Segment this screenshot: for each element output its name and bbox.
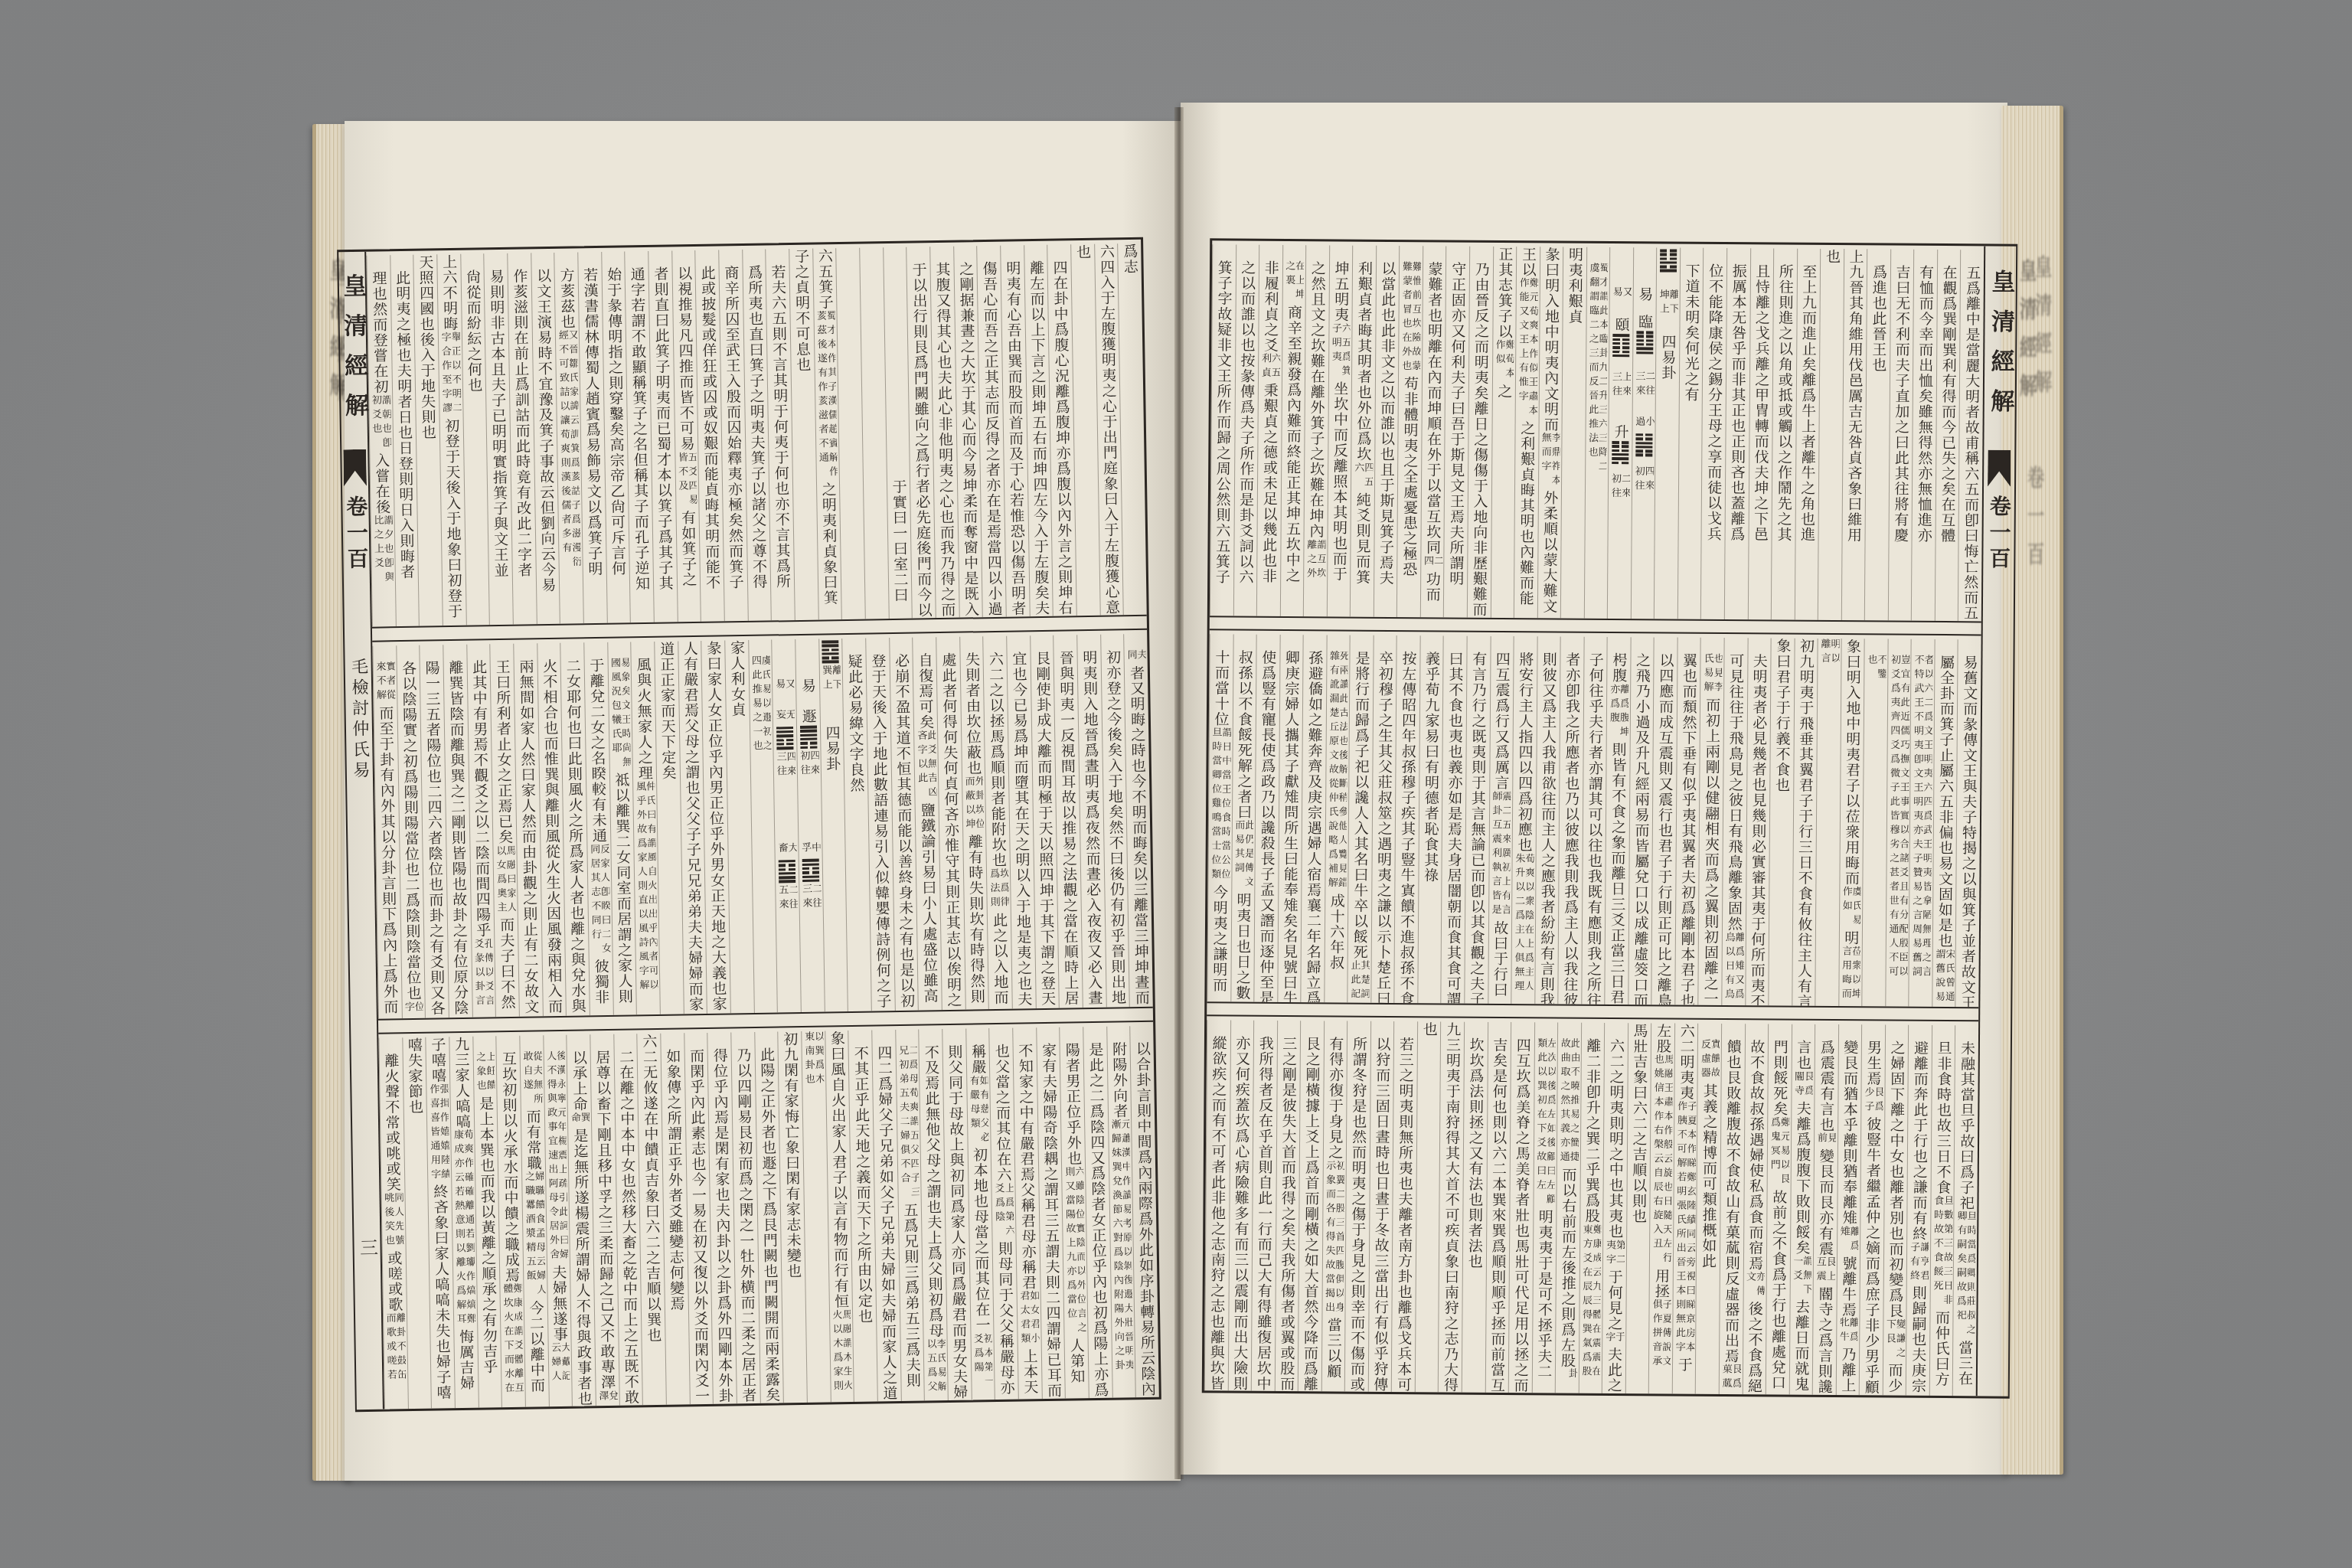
indent-space [1598,247,1599,263]
annotation-note: 六五利貞 [1260,353,1280,383]
annotation-note: 鄭康成云九三體在震震在東方爻在辰辰得巽氣爲股 [1580,1223,1601,1381]
indent-space [1455,636,1455,652]
annotation-note: 宋氏曾通謂舊說易 [1934,949,1955,1007]
indent-space [554,1035,555,1050]
yin-line [1636,343,1653,346]
indent-space [1665,638,1666,653]
annotation-note: 鄭康成謂爻體離互體坎火在下而水在 [501,1283,523,1398]
indent-space [1715,248,1716,263]
indent-space [1221,634,1222,649]
main-text: 而閑乎內此素志也今一易在初又復以外爻而閑內爻一 [688,1048,709,1404]
fishtail-mark-icon [343,449,367,486]
main-text: 則皆有不食之象而離日三爻正當三日君 [1609,742,1625,1005]
spacer [808,780,810,842]
indent-space [1142,1026,1142,1041]
spacer [1668,274,1668,289]
main-text: 之婦固下離之中女也離者別也而初變爲艮 [1887,1040,1905,1319]
main-text: 遯 [800,709,815,725]
main-text: 秉艱貞之德或未足以幾此也非 [1261,383,1278,584]
text-column: 象曰君子于行義不食也 [1768,638,1794,1005]
main-text: 是迄無所遂楊震所謂婦人不得與政事者也 [572,1128,592,1406]
text-column: 五爲離中是當麗大明者故甫稱六五而卽曰悔亡然而五 [1958,250,1984,621]
main-text: 是此之二爲陰四又爲陰者女正位乎內也初爲陽上亦爲 [1087,1042,1108,1398]
annotation-note: 莅衆以坤言用晦而 [1841,946,1861,1004]
annotation-note: 謂互坎離之外 [1305,539,1325,583]
main-text: 義乎荀九家易曰有明德者恥食其祿 [1423,651,1439,883]
indent-space [719,1033,720,1048]
spacer [784,694,785,709]
main-text: 彖曰家人女正位乎內男正位乎外男女正天地之大義也家 [705,641,727,1012]
indent-space [906,1030,907,1045]
annotation-note: 六五爲箕子明夷 [1330,322,1351,381]
main-text: 不知家之中有嚴君焉父稱君母亦稱君 [1017,1043,1036,1290]
annotation-note: 子夏傳說文俱作拼音承 [1651,1299,1671,1372]
main-text: 夫婦無遂事 [550,1265,567,1342]
main-text: 而以右前而左後推之則爲左股 [1560,1167,1576,1368]
indent-space [900,638,901,653]
hexagram-icon [776,727,793,750]
text-column: 若三之明夷則無所夷也夫離者南方卦也離爲戈兵本可 [1391,1021,1417,1392]
main-text: 稱嚴 [970,1044,986,1075]
main-text: 離二非卽升之巽二乎巽爲股 [1584,1038,1601,1224]
main-text: 此陽之正外者也遯之下爲艮門闕也門闕開而兩柔露矣 [759,1047,779,1403]
main-text: 而初上兩剛以健翮相夾而爲之翼則初固離之一 [1702,697,1720,1005]
main-text: 男生焉 [1866,1040,1881,1087]
main-text: 明夷則入地晉爲晝明夷爲夜然而晝必入夜夜又必入晝 [1081,650,1102,1006]
indent-space [854,639,854,654]
indent-space [1361,635,1362,651]
main-text: 可見往往于飛鳥見之彼日有飛鳥離象固然 [1726,653,1744,932]
yang-line [800,726,817,729]
main-text: 象曰君子于行義不食也 [1774,639,1790,793]
indent-space [742,1032,743,1047]
main-text: 離火聲不常或咷或笑 [383,1053,400,1192]
text-column: 也見李氏易解而初上兩剛以健翮相夾而爲之翼則初固離之一 [1698,638,1724,1005]
main-text: 坤五明夷 [1333,261,1349,323]
main-text: 而仲氏曰方 [1933,1310,1949,1387]
text-column: 曰其不食也夷也義亦如是焉夫身居闇朝而食其食可謂 [1441,635,1467,1003]
main-text: 叔孫以不食餒死解之者曰 [1236,650,1253,820]
text-column: 屬全卦而箕子止屬六五非偏也易文固如是也宋氏曾通謂舊說易 [1932,639,1958,1007]
main-text: 屬全卦而箕子止屬六五非偏也易文固如是也 [1936,655,1954,949]
yang-line [776,734,793,737]
yang-line [1635,442,1652,445]
spacer [786,781,787,843]
main-text: 以視推易凡四推而皆不可易 [676,266,694,452]
main-text: 箕子字故疑非文王所作而歸之周公然則六五箕子 [1214,260,1232,585]
indent-space [1406,1021,1406,1037]
main-text: 于實曰一曰室二曰 [890,479,908,603]
text-column: 死兩讀此古法也後解斷稍參他人覽見錯雜有訛漏楚丘原文故從仲氏說略爲補解成十六年叔 [1324,635,1350,1002]
annotation-note: 无妄 [775,709,795,725]
annotation-note: 婦職饋食孟母云婦人之職羃酒漿精五飯 [524,1171,546,1300]
main-text: 所謂冬狩是也然而明夷之傷于身見之則幸而不傷而或 [1349,1037,1367,1392]
text-column: 夫同者又明晦之時也今不明而晦矣以三離當三坤坤晝而 [1123,634,1152,1007]
annotation-note: 鄭荀本作似 [1494,339,1514,384]
main-text: 登于天後入于地此數語連易引入似韓嬰傳詩例何之子 [870,653,890,1009]
main-text: 孫避僑如之難奔齊及庚宗遇婦人宿焉襄二年名歸立爲 [1305,650,1322,1002]
main-text: 易則明非古本且夫子已明明實指箕子與文王並 [488,269,508,578]
text-column: 者亦卽我之所應者也乃以彼應我則我爲主人以我往彼 [1557,637,1583,1004]
yang-line [779,880,795,884]
indent-space [1364,246,1365,261]
main-text: 爲志 [1122,243,1138,275]
yang-line [1660,261,1677,264]
hexagram-icon [1636,331,1653,354]
annotation-note: 蜀才本作其子漢儒趙賓解作荄茲後遂有作荄滋者不通 [815,310,838,482]
main-text: 通字若謂不敢顯稱箕子之名但稱其子而孔子逆知 [629,266,650,591]
main-text: 饋也艮敗離腹故不食故山有菓蓏則反虛器而出焉 [1723,1039,1741,1364]
yang-line [822,652,839,655]
yang-line [800,730,817,733]
indent-space [1736,638,1736,653]
main-text: 陽者男正位乎外也 [1064,1042,1082,1166]
main-text: 鹽鐵論引易曰小人處盛位雖高 [920,802,938,1004]
main-text: 以合卦言則中間爲內兩際爲外此如序卦轉易所云陰內 [1135,1041,1155,1397]
main-text: 而至于卦有內外其以分卦言則下爲內上爲外而 [377,705,397,1014]
main-text: 悔厲吉婦 [458,1329,474,1391]
main-text: 而少 [1886,1363,1902,1394]
main-text: 家有夫婦陽奇陰耦之謂耳三五謂夫則二四謂婦已耳而 [1040,1043,1061,1399]
yin-line [1635,449,1652,452]
text-column: 在觀爲巽剛巽利有得而今已失之矣在互體 [1935,250,1961,621]
main-text: 離巽皆陰而離與巽之二剛則皆陽也故卦之有位原分陰 [447,660,468,1016]
annotation-note: 同人先號咷後笑也 [383,1192,403,1250]
annotation-note: 謂日中當王位食時當公位旦時當卿位雞鳴當士位類 [1210,727,1230,885]
indent-space [518,253,519,269]
main-text: 爲震震有言也 [1818,1040,1834,1132]
main-text: 臨 [1637,314,1652,329]
text-column: 也 [1415,1021,1441,1392]
main-text: 六二无攸遂在中饋貞吉象曰六二之吉順以巽也 [641,1034,661,1343]
main-text: 乃離上 [1840,1347,1855,1394]
text-column: 孫避僑如之難奔齊及庚宗遇婦人宿焉襄二年名歸立爲 [1300,635,1326,1002]
fishtail-mark-icon [1988,449,2011,486]
yang-line [800,738,817,741]
annotation-note: 離下坤上 [1658,289,1678,319]
yin-line [802,871,819,874]
main-text: 當三在 [1957,1340,1972,1387]
indent-space [1218,1020,1219,1035]
annotation-note: 于字 [1604,1331,1624,1347]
indent-space [1024,1027,1025,1043]
annotation-note: 二往三來 [801,884,822,913]
annotation-note: 外卦坎位而蔽以坤 [963,776,984,834]
text-column: 左股馬融王肅本作般云旋也日隨天左行也姚信本作右槃云自辰右旋入丑用拯子夏傳說文俱作… [1648,1023,1674,1393]
text-column: 所往則進之以角或抵或觸以之作鬧先之其 [1771,248,1797,619]
main-text: 嘻失家節也 [407,1037,423,1115]
yin-line [1636,335,1653,338]
annotation-note: 艮上互震 [1815,1256,1835,1286]
indent-space [478,645,479,660]
indent-space [1572,637,1573,652]
hexagram-icon [800,726,817,749]
indent-space [659,251,660,266]
main-text: 也 [1075,244,1090,260]
main-text: 按左傳昭四年叔孫穆子疾其子豎牛寘饋不進叔孫不食 [1398,651,1416,1003]
ghost-title-imprint: 皇清經解 [2029,255,2054,408]
annotation-note: 六雖陰位實陰而以外位言之則又當陽故上九亦爲當位 [1063,1166,1086,1338]
main-text: 升 [1612,424,1628,439]
text-column: 下道未明矣何光之有 [1677,248,1704,619]
annotation-note: 坎爲律爲法則 [988,868,1009,913]
main-text: 縱欲疾之而有不可者此非他之志南狩之志也離與坎皆 [1208,1036,1226,1391]
indent-space [1826,1024,1827,1040]
indent-space [1223,244,1224,260]
indent-space [988,246,989,261]
lower-register: 以合卦言則中間爲內兩際爲外此如序卦轉易所云陰內附陽外向者元蕭漢中作讀易考原以剝復… [378,1021,1159,1410]
annotation-note: 此爻無吉凶吝字以此 [916,730,936,802]
indent-space [918,247,919,262]
upper-register: 爲志六四入于左腹獲明夷之心于出門庭象曰入于左腹獲心意也四在卦中爲腹心況離爲腹坤亦… [366,240,1147,629]
main-text: 祗以離巽二女同室而居謂之家人則 [613,773,632,1004]
indent-space [1920,1025,1921,1040]
yin-line [800,746,817,749]
yang-line [779,860,795,863]
indent-space [1291,635,1292,650]
annotation-note: 二爲母荀爽謂五父四子三兄初弟五夫二婦俱不合 [897,1045,920,1203]
indent-space [1242,1021,1243,1036]
indent-space [401,255,402,270]
text-column: 明以離言 [1815,639,1841,1006]
annotation-note: 離下巽上 [821,665,841,694]
text-column: 之婦固下離之中女也離者別也而初變爲艮變謙之下艮而少 [1883,1025,1909,1396]
text-column: 上九晉其角維用伐邑厲吉无咎貞吝象曰維用 [1841,249,1867,620]
main-text: 夫此之 [1606,1347,1622,1393]
text-column: 三之剛是彼失大首而我得之矣夫我所傷者或翼或股而 [1274,1021,1300,1391]
main-text: 乃由晉反之而明夷矣離日之傷傷于入地向非歷艱難而 [1472,262,1489,618]
indent-space [730,250,730,265]
main-text: 明夷有心吾由巽而股而首而及于心若惟恐以傷吾明者 [1004,261,1025,617]
yang-line [1635,446,1652,449]
annotation-note: 離卦不鼓缶而歌或嗟若 [385,1312,406,1385]
indent-space [501,644,502,659]
main-text: 四互坎爲美脊之馬美脊者壯也馬壯可代足用以拯之而 [1513,1037,1530,1393]
indent-space [1902,250,1903,265]
main-text: 若漢書儒林傳蜀人趙賓爲易飾易文以爲箕子明 [582,267,602,577]
indent-space [1896,1025,1897,1040]
main-text: 上本天 [1022,1349,1038,1396]
main-text: 爲進也此晉王也 [1870,265,1886,374]
annotation-note: 明以離言 [1819,639,1839,668]
text-column: 象曰明入地中明夷君子以莅衆用晦而虞氏易作如明莅衆以坤言用晦而 [1838,639,1864,1006]
main-text: 不及焉此無他父母之謂也夫上爲父則初爲母 [923,1044,943,1338]
main-text: 功而 [1425,571,1440,603]
spacer [1621,247,1622,286]
main-text: 成十六年叔 [1328,893,1344,970]
indent-space [954,1029,955,1044]
indent-space [578,1035,579,1050]
text-column: 卒初穆子之生其父莊叔筮之遇明夷之謙以示卜楚丘曰 [1370,635,1396,1003]
spacer [806,639,808,678]
indent-space [1969,639,1970,655]
main-text: 必崩不盈其道不恒其德而能以善終身未之有也是以初 [893,653,914,1009]
main-text: 者又明晦之時也今不明而晦矣以三離當三坤坤晝而 [1129,665,1149,1006]
main-text: 六五箕子 [817,248,833,310]
indent-space [1949,250,1949,265]
main-text: 方荄茲也 [559,268,575,330]
indent-space [1879,249,1880,264]
indent-space [1247,245,1248,260]
text-column: 離二非卽升之巽二乎巽爲股鄭康成云九三體在震震在東方爻在辰辰得巽氣爲股 [1578,1023,1604,1393]
text-column: 又易頤上來三往升二來初往 [1607,247,1633,619]
indent-space [542,253,543,268]
yang-line [779,872,795,875]
indent-space [924,637,925,652]
indent-space [1317,245,1318,260]
indent-space [595,642,596,658]
main-text: 艮之剛橫據上爻上爲首而剛橫之如大首然今降而爲離 [1302,1036,1320,1391]
main-text: 後之不食爲絕 [1746,1301,1762,1393]
indent-space [1065,635,1066,650]
main-text: 五爲兄則三爲弟五三爲夫則 [902,1202,920,1388]
main-text: 五爲離中是當麗大明者故甫稱六五而卽曰悔亡然而五 [1962,265,1980,621]
indent-space [1642,637,1643,652]
indent-space [777,249,778,264]
indent-space [947,637,948,652]
spacer [1645,247,1645,286]
main-text: 吉曰无不利而夫子直加之曰此其往將有慶 [1893,265,1910,544]
main-text: 象曰明入地中明夷君子以莅衆用晦而 [1844,639,1860,886]
main-text: 四二爲婦父子兄弟如父子兄弟夫婦如夫婦而家人之道 [876,1045,897,1401]
indent-space [1071,1027,1072,1042]
yang-line [1612,354,1629,358]
main-text: 振厲本无咎乎而非其正也正則吝也蓋離爲 [1729,263,1746,542]
annotation-note: 四來初往 [799,750,819,780]
main-text: 正其志箕子以 [1497,247,1513,339]
text-column: 所謂冬狩是也然而明夷之傷于身見之則幸而不傷而或 [1344,1021,1370,1392]
indent-space [930,1029,931,1044]
main-text: 今二以離中而 [528,1300,544,1393]
annotation-note: 見前 [1816,1132,1836,1148]
main-text: 苟非體明夷之全處憂患之極恐 [1401,376,1418,577]
indent-space [454,645,455,660]
text-column: 十而當十位謂日中當王位食時當公位旦時當卿位雞鳴當士位類今明夷之謙明而 [1207,634,1233,1001]
main-text: 翼也而頹然下垂有似乎夷其翼者夫初爲離剛本君子也 [1679,653,1697,1005]
annotation-note: 五爻四易皆不及 [677,452,697,510]
main-text: 子嘻嘻 [430,1037,446,1083]
annotation-note: 張揖作嬉嬉陸績作喜喜皆通用字 [428,1083,449,1184]
main-text: 彼獨非 [593,959,609,1005]
volume-label: 卷一百 [1988,495,2010,573]
annotation-note: 震二五來厲初上有言師卦互震利執言皆是 [1490,791,1511,920]
annotation-note: 也見李氏易解 [1702,653,1722,697]
annotation-note: 死兩讀此古法也後解斷稍參他人覽見錯雜有訛漏楚丘原文故從仲氏說略爲補解 [1327,651,1348,893]
main-text: 離有時失則坎有時得然則 [967,834,985,1004]
main-text: 九三明夷于南狩得其大首不可疾貞象曰南狩之志乃大得 [1442,1022,1460,1393]
main-text: 之以而誰以也按彖傳爲夫子所作而是卦爻詞以六 [1237,260,1255,585]
yin-line [802,867,819,871]
indent-space [1411,246,1412,261]
indent-space [1785,249,1785,264]
main-text: 則父同于母故上與初同爲家人亦同爲嚴君而男女夫婦 [946,1044,967,1400]
yang-line [1636,351,1653,354]
text-column: 亦又何疾蓋坎爲心病險難多有而三以震剛而出大險則 [1227,1021,1253,1391]
indent-space [566,253,567,268]
text-column: 縱欲疾之而有不可者此非他之志南狩之志也離與坎皆 [1204,1020,1230,1390]
main-text: 自復焉可矣 [917,652,934,730]
main-text: 純爻則見而箕 [1354,492,1370,584]
indent-space [377,256,378,271]
hexagram-icon [1660,249,1677,272]
main-text: 避離而奔此于行也之謙而有終 [1911,1040,1928,1242]
indent-space [1967,1025,1968,1040]
annotation-note: 荀爽作確確離通若劉瓛作熇熇鄭康成亦云若熱意則以離火爲解耳 [452,1129,475,1329]
text-column: 至上九而進止矣離爲牛上者離牛之角也進 [1794,249,1820,620]
indent-space [1408,635,1409,651]
main-text: 理也然而登嘗在初 [371,271,388,395]
indent-space [1689,638,1690,653]
indent-space [612,252,613,267]
main-text: 十而當十位 [1214,650,1230,727]
main-text: 也父當之而其位在六 [994,1044,1011,1183]
indent-space [1112,635,1112,650]
main-text: 將安行主人指四以四爲初應也 [1517,652,1534,853]
main-text: 明 [1843,930,1858,946]
text-column: 王以鄭元荀爽本作似王肅本作能又文王上有惟字之利艱貞晦其明也內難而能 [1514,247,1540,618]
indent-space [1943,1025,1944,1040]
text-column: 九三明夷于南狩得其大首不可疾貞象曰南狩之志乃大得 [1438,1021,1464,1392]
indent-space [589,252,590,267]
text-column: 艮之剛橫據上爻上爲首而剛橫之如大首然今降而爲離 [1298,1021,1324,1391]
indent-space [1691,248,1692,263]
annotation-note: 後漢永寧元年楊震上疏引此詞曰婦人不得與政事宜速出阿母令居外舍 [545,1050,568,1265]
text-column: 不鑒也 [1862,639,1888,1006]
main-text: 故前之不食爲于行也離處兌口 [1770,1189,1787,1390]
indent-space [431,645,432,660]
annotation-note: 虞氏易作如 [1841,886,1860,930]
yin-line [1612,338,1629,341]
main-text: 四易卦 [1660,335,1675,381]
annotation-note: 變謙之下艮 [1885,1318,1905,1363]
main-text: 易舊文而彖傳文王與夫子特揭之以與箕子並者故文王 [1959,655,1977,1007]
main-text: 之然且文之坎難在離外箕子之坎難在坤內 [1308,260,1325,539]
text-column: 正其志箕子以鄭荀本作似之 [1490,247,1516,618]
main-text: 旦非食時也故三日不食 [1935,1040,1951,1195]
text-column: 以四應而成互震則又震行也君子于行則正可比之離鳥 [1651,637,1677,1004]
indent-space [1779,1024,1780,1040]
annotation-note: 亦傳文 [1745,1271,1765,1301]
annotation-note: 不鑒也 [1866,655,1886,684]
yin-line [800,742,817,745]
main-text: 而有常職 [524,1109,541,1171]
yang-line [776,730,793,733]
indent-space [636,251,637,266]
main-text: 之 [1496,384,1511,399]
indent-space [642,642,643,657]
volume-label: 卷一百 [345,495,367,573]
indent-space [1803,1024,1804,1040]
text-column: 叔孫以不食餒死解之者曰此仍是傳文而易其詞明夷日也日之數 [1230,635,1256,1002]
main-text: 初登于天後入于地象曰初登于 [443,418,462,619]
indent-space [683,250,684,266]
main-text: 用拯 [1654,1268,1669,1299]
indent-space [977,1028,978,1044]
main-text: 初九明夷于飛垂其翼君子于行三日不食有攸往主人有言 [1796,639,1814,1006]
main-text: 于何見之 [1606,1269,1622,1331]
indent-space [1312,1021,1312,1036]
main-text: 王以 [1521,247,1536,278]
indent-space [1762,248,1762,263]
text-column: 蒙難者也明離在內而坤順在外于以當互坎同二四功而 [1420,246,1446,617]
text-column: 有恤而今幸而出恤矣雖無得然亦無恤進亦 [1911,250,1937,621]
indent-space [548,643,549,658]
main-text: 之剛据兼晝之大坎于其心而今易坤柔而奪窗中是既入 [958,262,978,618]
left-text-frame: 皇清經解 卷一百 毛檢討仲氏易 三 爲志六四入于左腹獲明夷之心于出門庭象曰入于左… [337,237,1161,1412]
spacer [808,693,808,708]
text-column: 左次以後爲左如後顧曰左顧類此以巽初在下爻故曰左明夷夷于是可不拯乎夫二 [1531,1022,1557,1393]
indent-space [877,638,877,653]
